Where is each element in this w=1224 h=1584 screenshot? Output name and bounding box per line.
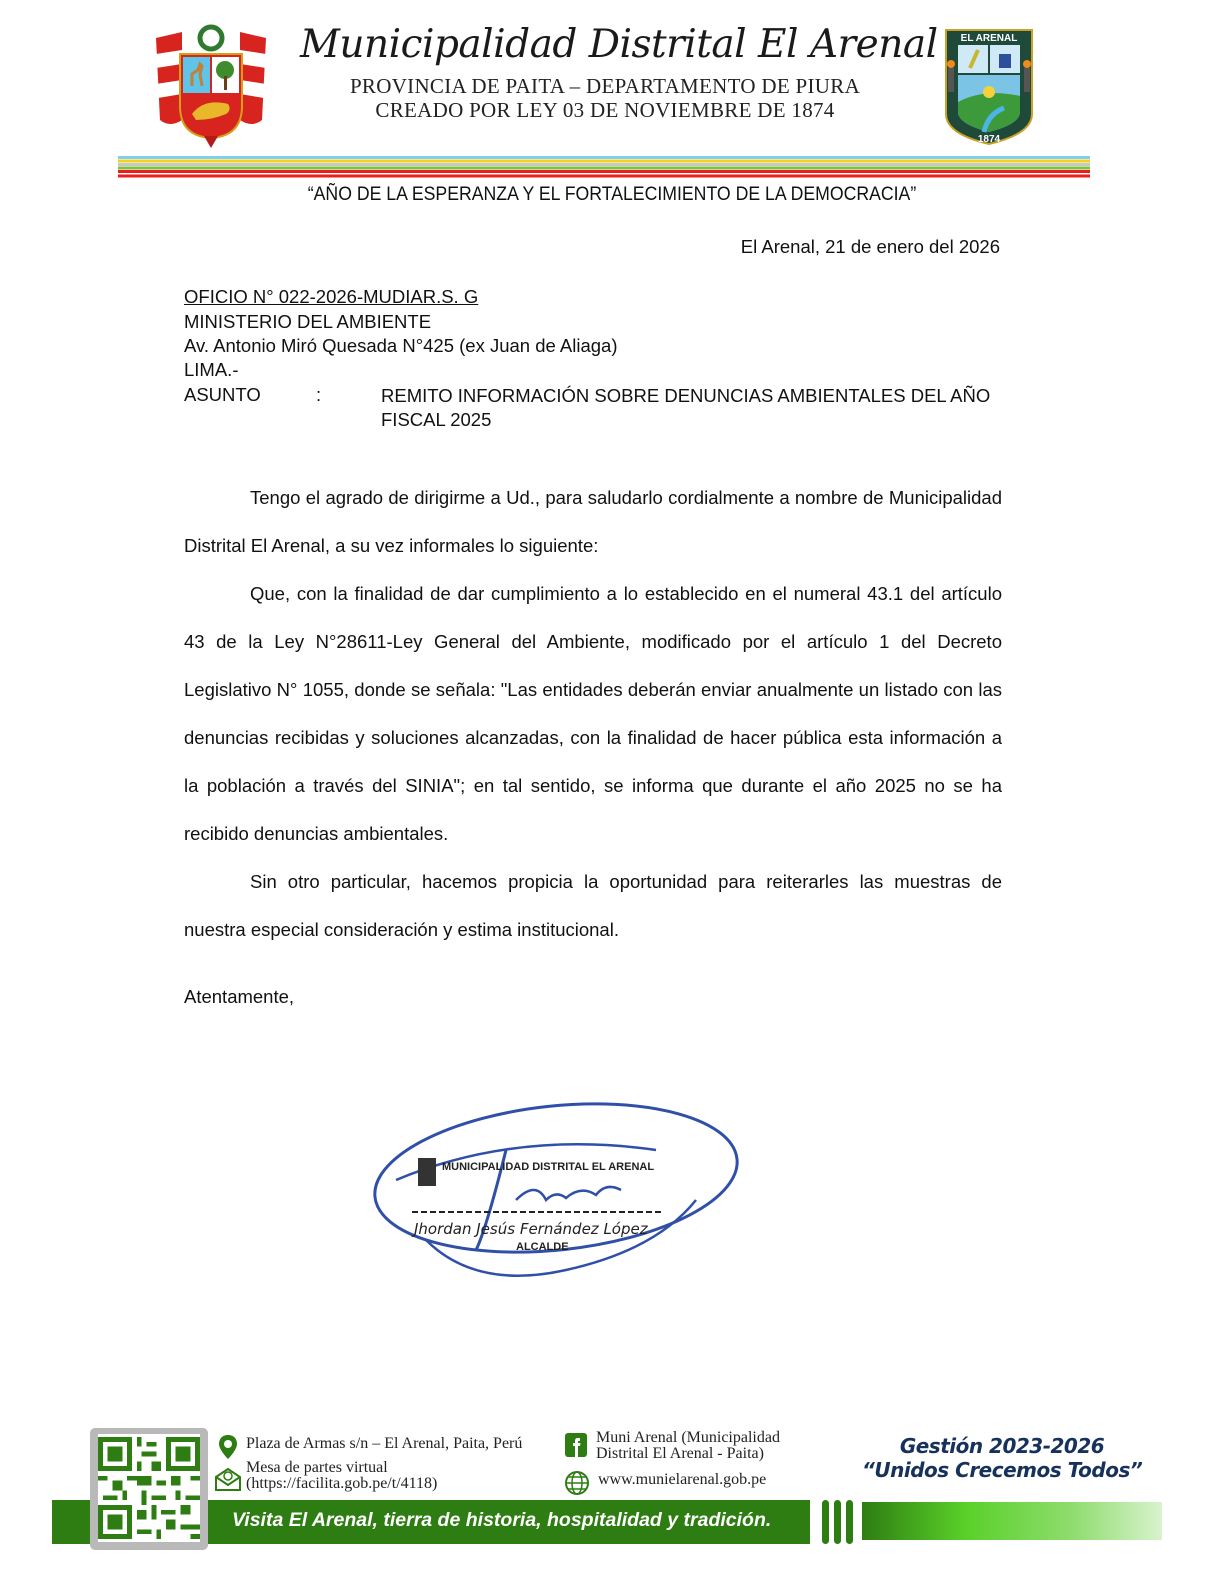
date-line: El Arenal, 21 de enero del 2026	[741, 236, 1000, 258]
facebook-page-line1: Muni Arenal (Municipalidad	[596, 1430, 780, 1446]
location-pin-icon	[218, 1434, 238, 1460]
recipient: MINISTERIO DEL AMBIENTE	[184, 311, 431, 333]
footer-website-link[interactable]: www.munielarenal.gob.pe	[598, 1472, 766, 1488]
paragraph-greeting: Tengo el agrado de dirigirme a Ud., para…	[184, 474, 1002, 570]
footer-slogan: Visita El Arenal, tierra de historia, ho…	[232, 1509, 771, 1532]
signatory-title: ALCALDE	[516, 1241, 569, 1253]
organization-province: PROVINCIA DE PAITA – DEPARTAMENTO DE PIU…	[300, 74, 910, 99]
oficio-number: OFICIO N° 022-2026-MUDIAR.S. G	[184, 286, 478, 308]
shield-label: EL ARENAL	[961, 33, 1018, 44]
administration-motto: “Unidos Crecemos Todos”	[862, 1458, 1142, 1482]
year-motto: “AÑO DE LA ESPERANZA Y EL FORTALECIMIENT…	[154, 184, 1069, 206]
peru-coat-of-arms-logo	[152, 24, 270, 150]
footer-divider-bar	[822, 1500, 829, 1544]
stamp-org-name: MUNICIPALIDAD DISTRITAL EL ARENAL	[442, 1161, 654, 1173]
subject-text: REMITO INFORMACIÓN SOBRE DENUNCIAS AMBIE…	[381, 384, 1011, 432]
footer-divider-bar	[846, 1500, 853, 1544]
subject-label: ASUNTO	[184, 384, 261, 406]
subject-colon: :	[316, 384, 321, 406]
recipient-city: LIMA.-	[184, 359, 238, 381]
administration-slogan: Gestión 2023-2026 “Unidos Crecemos Todos…	[862, 1434, 1142, 1482]
qr-code[interactable]	[98, 1434, 200, 1542]
shield-year: 1874	[978, 134, 1001, 145]
footer-address: Plaza de Armas s/n – El Arenal, Paita, P…	[246, 1436, 522, 1452]
footer-divider-bar	[834, 1500, 841, 1544]
organization-name: Municipalidad Distrital El Arenal	[300, 22, 910, 67]
mail-icon	[214, 1466, 242, 1492]
paragraph-main: Que, con la finalidad de dar cumplimient…	[184, 570, 1002, 858]
recipient-address: Av. Antonio Miró Quesada N°425 (ex Juan …	[184, 335, 618, 357]
globe-icon	[564, 1470, 590, 1496]
organization-creation: CREADO POR LEY 03 DE NOVIEMBRE DE 1874	[300, 98, 910, 123]
el-arenal-shield-logo: EL ARENAL 1874	[944, 28, 1034, 146]
footer-gradient-bar	[862, 1502, 1162, 1540]
facebook-page-line2: Distrital El Arenal - Paita)	[596, 1446, 780, 1462]
virtual-office-link[interactable]: (https://facilita.gob.pe/t/4118)	[246, 1476, 437, 1492]
facebook-icon[interactable]	[565, 1433, 587, 1457]
footer-facebook[interactable]: Muni Arenal (Municipalidad Distrital El …	[596, 1430, 780, 1462]
closing-salutation: Atentamente,	[184, 986, 294, 1008]
signatory-name: Jhordan Jesús Fernández López	[411, 1220, 649, 1238]
footer-virtual-office: Mesa de partes virtual (https://facilita…	[246, 1460, 437, 1492]
header-color-stripes	[118, 156, 1090, 178]
administration-period: Gestión 2023-2026	[862, 1434, 1142, 1458]
letter-body: Tengo el agrado de dirigirme a Ud., para…	[184, 474, 1002, 954]
virtual-office-label: Mesa de partes virtual	[246, 1460, 437, 1476]
signature-stamp: MUNICIPALIDAD DISTRITAL EL ARENAL Jhorda…	[366, 1090, 746, 1300]
paragraph-closing: Sin otro particular, hacemos propicia la…	[184, 858, 1002, 954]
